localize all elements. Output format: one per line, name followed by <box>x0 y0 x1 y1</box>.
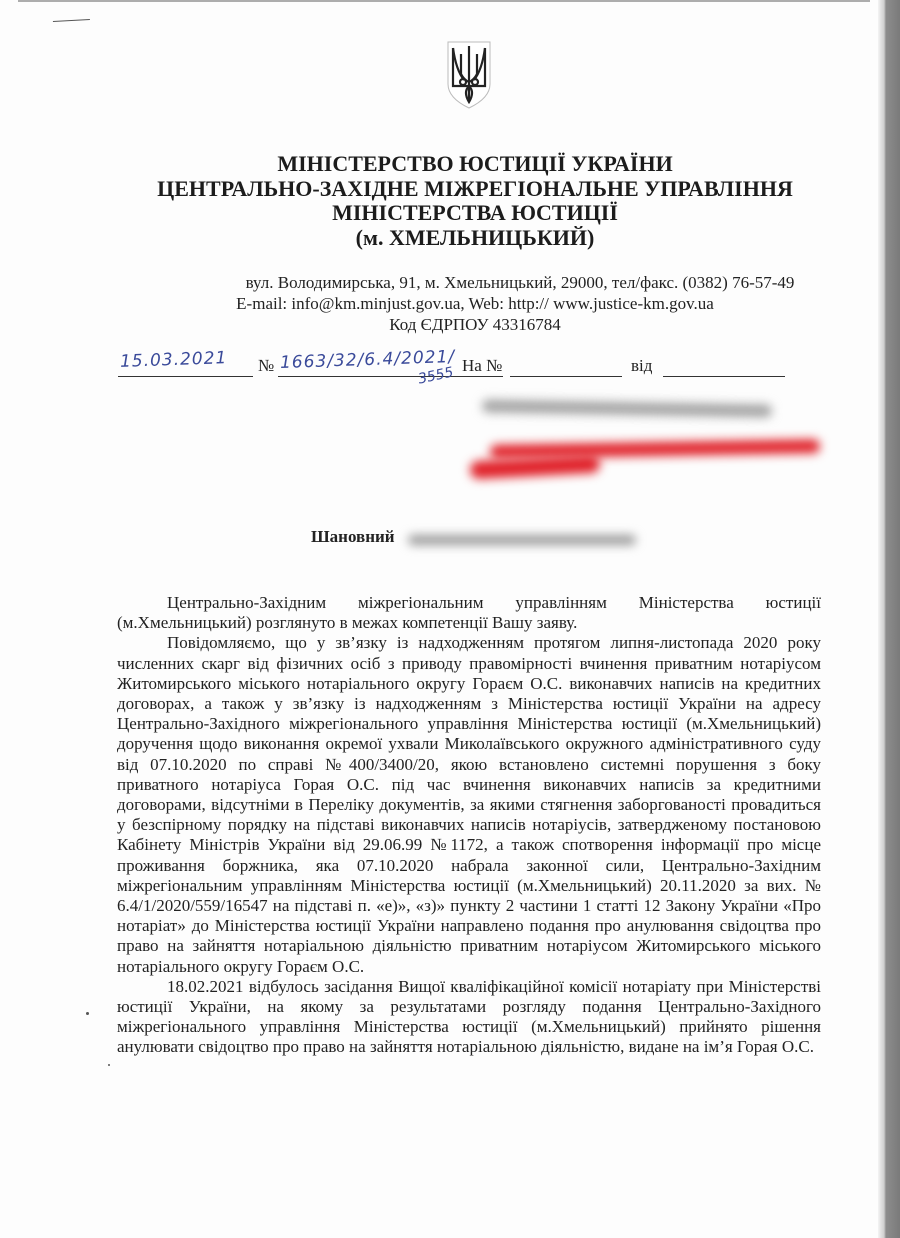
redaction-mark <box>366 452 368 454</box>
redaction-mark <box>374 444 376 446</box>
redaction-mark <box>364 454 366 456</box>
ministry-name: МІНІСТЕРСТВО ЮСТИЦІЇ УКРАЇНИ <box>100 152 850 177</box>
department-name: ЦЕНТРАЛЬНО-ЗАХІДНЕ МІЖРЕГІОНАЛЬНЕ УПРАВЛ… <box>100 177 850 202</box>
email-web-line: E-mail: info@km.minjust.gov.ua, Web: htt… <box>100 293 850 314</box>
from-label: від <box>631 356 652 376</box>
redaction-mark <box>368 450 370 452</box>
from-field <box>663 354 785 377</box>
department-city: (м. ХМЕЛЬНИЦЬКИЙ) <box>100 226 850 251</box>
redaction-mark <box>370 448 372 450</box>
redaction-mark <box>378 398 380 400</box>
edrpou-code-line: Код ЄДРПОУ 43316784 <box>100 314 850 335</box>
redaction-mark <box>374 402 376 404</box>
number-label: № <box>258 356 274 376</box>
handwritten-date: 15.03.2021 <box>120 348 228 372</box>
redaction-mark <box>470 455 601 480</box>
scan-speck <box>108 1064 110 1066</box>
redaction-mark <box>372 446 374 448</box>
letter-body: Центрально-Західним міжрегіональним упра… <box>117 593 821 1058</box>
document-page: МІНІСТЕРСТВО ЮСТИЦІЇ УКРАЇНИ ЦЕНТРАЛЬНО-… <box>0 0 900 1238</box>
redaction-mark <box>408 535 636 545</box>
pencil-mark <box>53 19 90 25</box>
redaction-mark <box>362 456 364 458</box>
registration-line: 15.03.2021 № 1663/32/6.4/2021/ 3555 На №… <box>118 354 818 384</box>
redaction-mark <box>482 399 772 417</box>
address-line: вул. Володимирська, 91, м. Хмельницький,… <box>100 272 850 293</box>
letterhead-title: МІНІСТЕРСТВО ЮСТИЦІЇ УКРАЇНИ ЦЕНТРАЛЬНО-… <box>100 152 850 250</box>
page-right-edge <box>878 0 900 1238</box>
redaction-mark <box>490 439 820 459</box>
paragraph: Повідомляємо, що у зв’язку із надходженн… <box>117 633 821 976</box>
redaction-mark <box>378 438 380 440</box>
department-name-cont: МІНІСТЕРСТВА ЮСТИЦІЇ <box>100 201 850 226</box>
tryzub-coat-of-arms-icon <box>444 40 494 110</box>
paragraph: Центрально-Західним міжрегіональним упра… <box>117 593 821 633</box>
reply-to-field <box>510 354 622 377</box>
redaction-mark <box>380 396 382 398</box>
reply-to-label: На № <box>462 356 502 376</box>
paragraph: 18.02.2021 відбулось засідання Вищої ква… <box>117 977 821 1058</box>
scan-speck <box>86 1012 89 1015</box>
redaction-mark <box>376 400 378 402</box>
salutation-word: Шановний <box>311 527 395 546</box>
date-field: 15.03.2021 <box>118 354 253 377</box>
page-top-edge <box>18 0 870 2</box>
letterhead-contacts: вул. Володимирська, 91, м. Хмельницький,… <box>100 272 850 335</box>
redaction-mark <box>370 404 372 406</box>
salutation: Шановний <box>311 527 395 547</box>
